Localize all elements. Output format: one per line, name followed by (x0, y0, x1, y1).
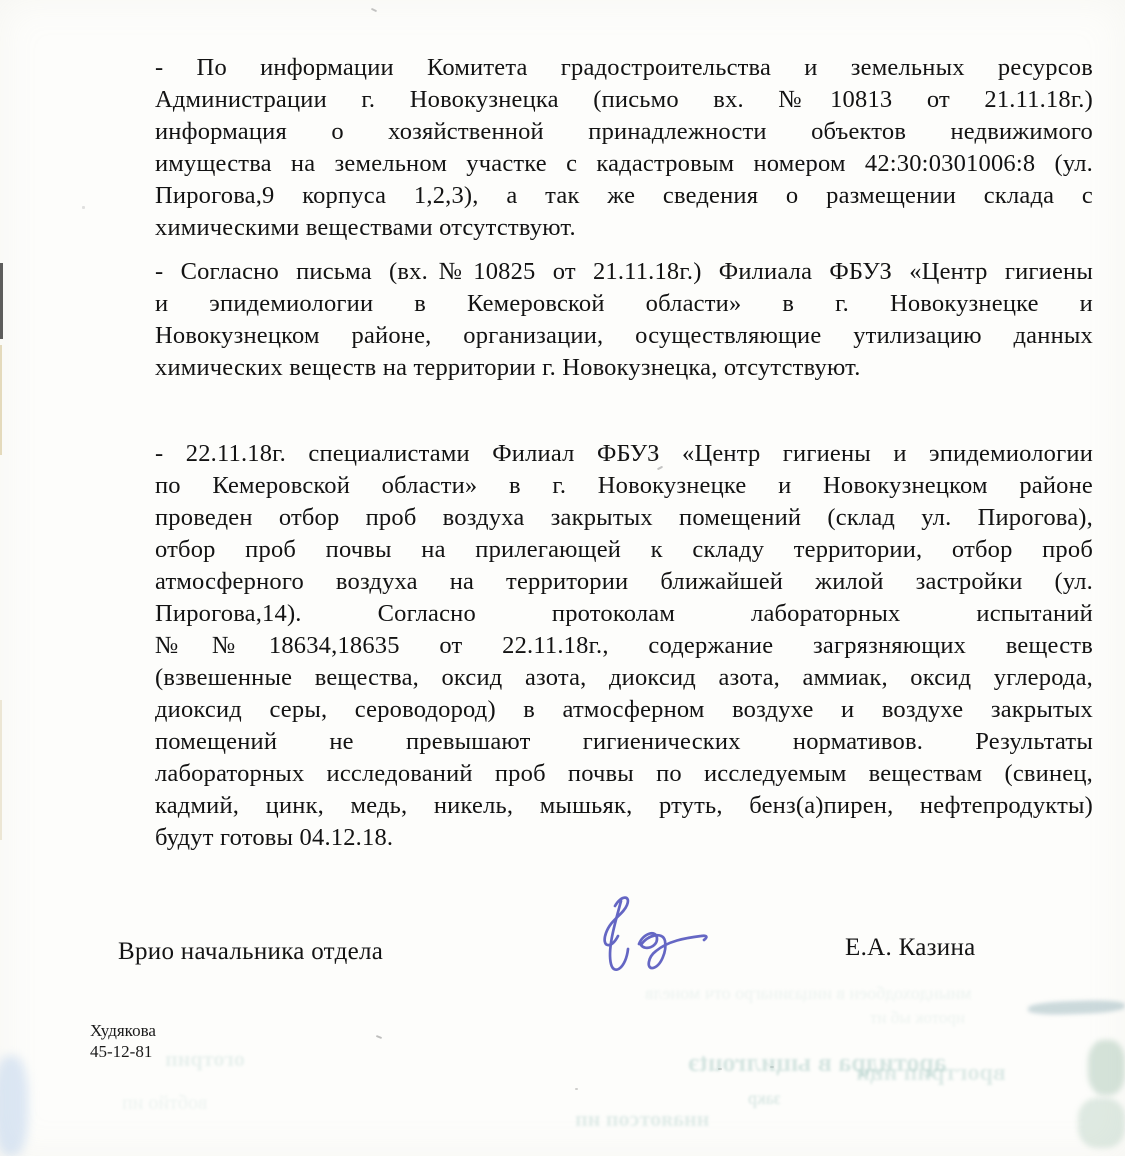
text-line: будут готовы 04.12.18. (155, 822, 1093, 854)
bleedthrough-fragment: ироток ыб ит (870, 1008, 965, 1028)
scan-speck (575, 1088, 578, 1090)
paragraph: - 22.11.18г. специалистами Филиал ФБУЗ «… (155, 438, 1093, 854)
executor-name: Худякова (90, 1020, 156, 1041)
text-line: и эпидемиологии в Кемеровской области» в… (155, 288, 1093, 320)
paragraph: - Согласно письма (вх.№10825 от 21.11.18… (155, 256, 1093, 384)
bleedthrough-blot (1088, 1040, 1125, 1095)
text-line: химических веществ на территории г. Ново… (155, 352, 1093, 384)
bleedthrough-blot (1078, 1098, 1125, 1148)
text-line: кадмий, цинк, медь, никель, мышьяк, ртут… (155, 790, 1093, 822)
bleedthrough-fragment: закр (748, 1088, 781, 1109)
scan-edge-streak-yellow (0, 700, 2, 840)
scan-speck (376, 1035, 382, 1039)
handwritten-signature-ink (575, 890, 715, 990)
scan-edge-streak-yellow (0, 345, 2, 455)
bleedthrough-fragment: аротидра в ыцилroutэ (688, 1048, 947, 1078)
signature-position-label: Врио начальника отдела (118, 938, 383, 966)
text-line: проведен отбор проб воздуха закрытых пом… (155, 502, 1093, 534)
text-line: информация о хозяйственной принадлежност… (155, 116, 1093, 148)
text-line: по Кемеровской области» в г. Новокузнецк… (155, 470, 1093, 502)
text-line: атмосферного воздуха на территории ближа… (155, 566, 1093, 598)
text-line: лабораторных исследований проб почвы по … (155, 758, 1093, 790)
scan-edge-streak-dark (0, 263, 3, 339)
bleedthrough-streak (1028, 999, 1125, 1015)
text-line: Новокузнецком районе, организации, осуще… (155, 320, 1093, 352)
text-line: имущества на земельном участке с кадастр… (155, 148, 1093, 180)
scan-speck (770, 1066, 774, 1068)
text-line: Пирогова,9 корпуса 1,2,3), а так же свед… (155, 180, 1093, 212)
text-line: диоксид серы, сероводород) в атмосферном… (155, 694, 1093, 726)
text-line: - 22.11.18г. специалистами Филиал ФБУЗ «… (155, 438, 1093, 470)
scanned-document-page: - По информации Комитета градостроительс… (0, 0, 1125, 1156)
bleedthrough-fragment: вобтйо ип (122, 1092, 207, 1115)
text-line: - По информации Комитета градостроительс… (155, 52, 1093, 84)
scan-speck (371, 8, 377, 12)
text-line: отбор проб почвы на прилегающей к складу… (155, 534, 1093, 566)
text-line: - Согласно письма (вх.№10825 от 21.11.18… (155, 256, 1093, 288)
executor-phone: 45-12-81 (90, 1041, 156, 1062)
bleedthrough-fragment: ннаяотсоп ип (575, 1106, 709, 1132)
text-line: помещений не превышают гигиенических нор… (155, 726, 1093, 758)
text-line: (взвешенные вещества, оксид азота, диокс… (155, 662, 1093, 694)
bleedthrough-fragment: врогтрип ици (856, 1060, 1006, 1087)
text-line: №№18634,18635 от 22.11.18г., содержание … (155, 630, 1093, 662)
paragraph: - По информации Комитета градостроительс… (155, 52, 1093, 244)
bleedthrough-fragment: оготрип (165, 1046, 245, 1072)
text-line: Администрации г. Новокузнецка (письмо вх… (155, 84, 1093, 116)
text-line: химическими веществами отсутствуют. (155, 212, 1093, 244)
text-line: Пирогова,14). Согласно протоколам лабора… (155, 598, 1093, 630)
scan-speck (82, 206, 85, 209)
scan-speck (718, 1068, 722, 1070)
scan-smudge (0, 1056, 28, 1156)
executor-block: Худякова 45-12-81 (90, 1020, 156, 1062)
signature-signer-name: Е.А. Казина (845, 934, 976, 962)
